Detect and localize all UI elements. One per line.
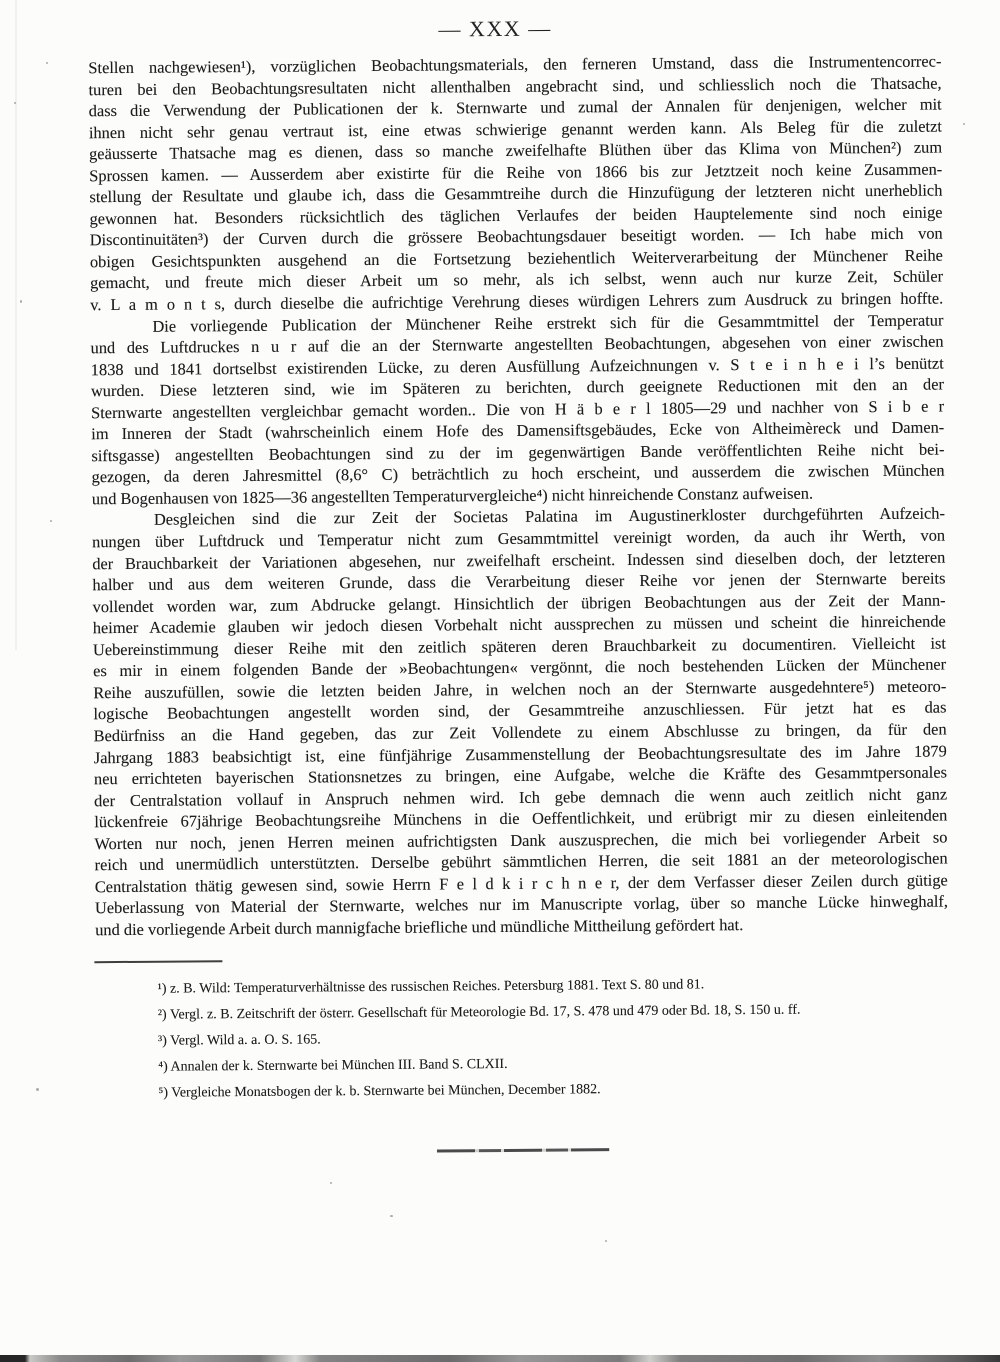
footnotes: ¹) z. B. Wild: Temperaturverhältnisse de… [158, 970, 959, 1106]
scan-edge-bottom [0, 1355, 1000, 1362]
body-text: Stellen nachgewiesen¹), vorzüglichen Beo… [88, 51, 948, 941]
page-number-header: — XXX — [0, 12, 995, 46]
scan-gutter-line [15, 0, 17, 650]
paragraph: Desgleichen sind die zur Zeit der Societ… [92, 503, 948, 941]
footnote-separator-rule [94, 960, 222, 963]
paragraph: Die vorliegende Publication der Münchene… [90, 309, 944, 510]
paragraph: Stellen nachgewiesen¹), vorzüglichen Beo… [88, 51, 943, 316]
scanned-book-page: { "page": { "header": "— XXX —", "paragr… [0, 0, 1000, 1362]
page-sheet: — XXX — Stellen nachgewiesen¹), vorzügli… [0, 0, 1000, 1362]
footnote-line: ⁵) Vergleiche Monatsbogen der k. b. Ster… [158, 1074, 958, 1106]
closing-rule [437, 1148, 610, 1152]
